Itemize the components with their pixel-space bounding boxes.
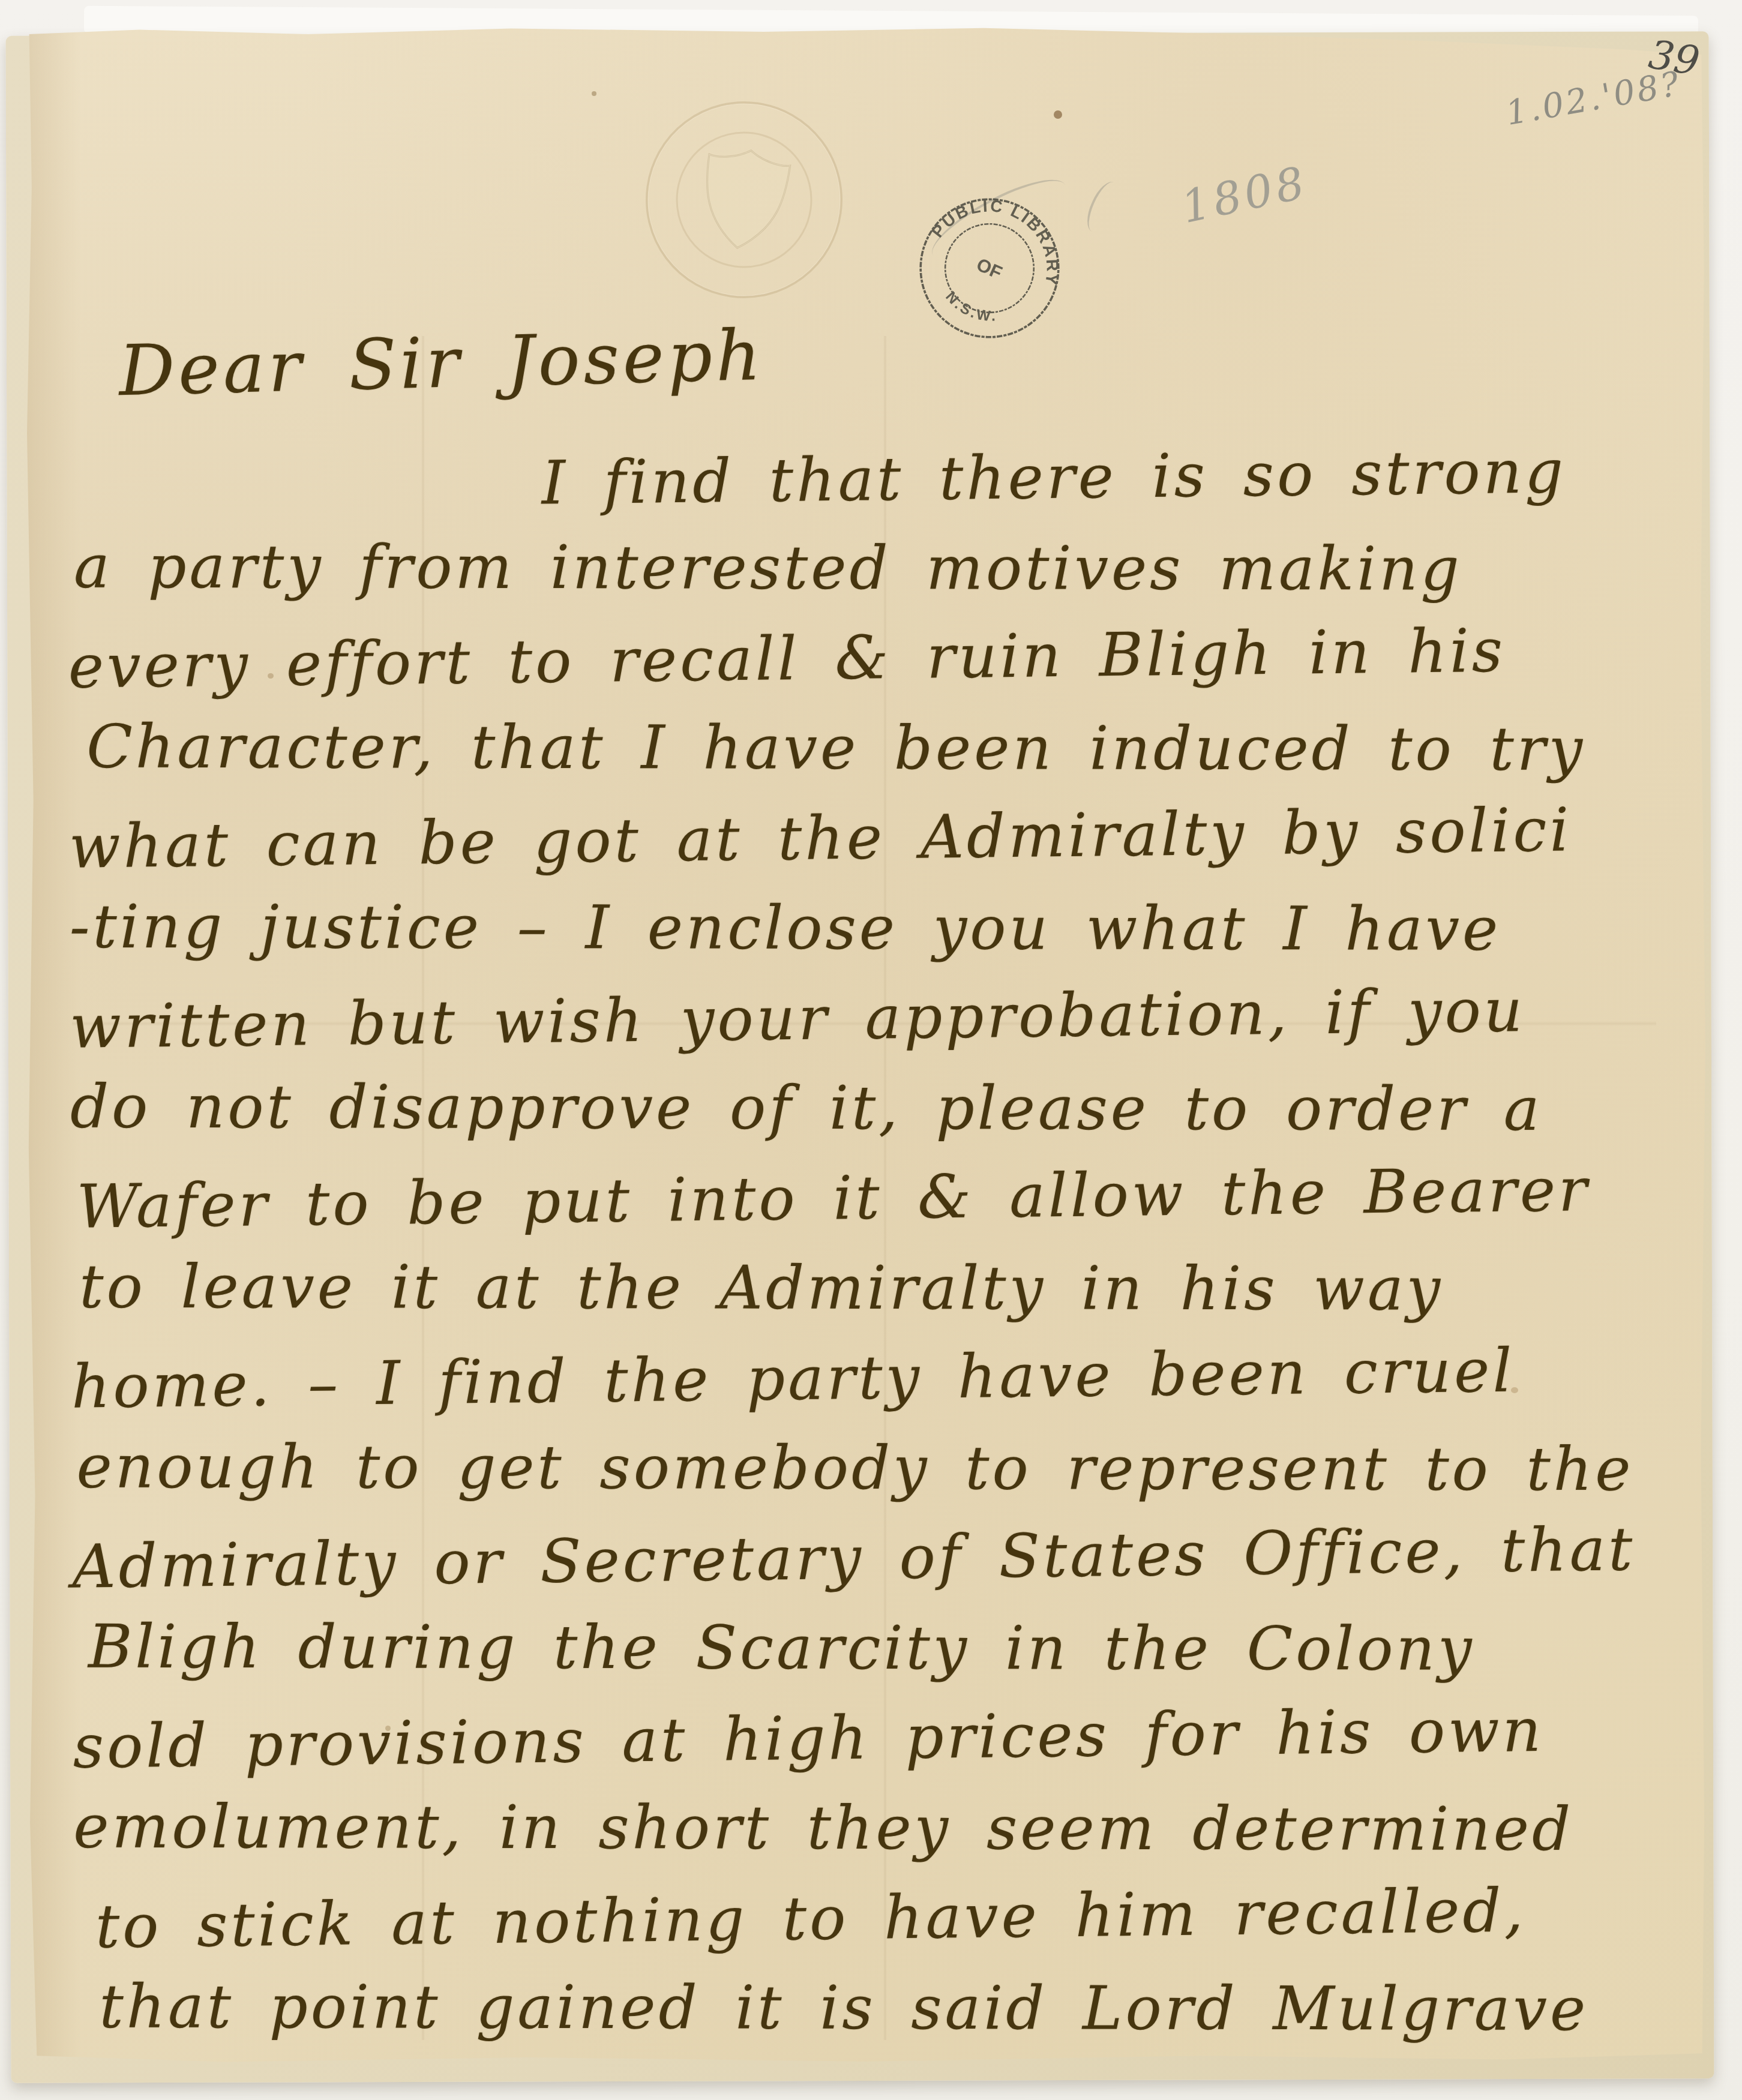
letter-line: Admiralty or Secretary of States Office,… <box>72 1504 1636 1612</box>
letter-line: Wafer to be put into it & allow the Bear… <box>76 1144 1635 1252</box>
stamp-center-text: OF <box>973 254 1005 283</box>
letter-line: what can be got at the Admiralty by soli… <box>68 784 1633 892</box>
letter-salutation: Dear Sir Joseph <box>118 315 765 412</box>
letter-line: that point gained it is said Lord Mulgra… <box>99 1962 1637 2054</box>
letter-line: Bligh during the Scarcity in the Colony <box>88 1602 1636 1695</box>
letter-line: to leave it at the Admiralty in his way <box>79 1242 1634 1335</box>
letter-line: Character, that I have been induced to t… <box>86 702 1632 794</box>
letter-line: sold provisions at high prices for his o… <box>73 1684 1637 1792</box>
embossed-seal <box>630 95 858 305</box>
public-library-stamp: PUBLIC LIBRARY N.S.W. OF <box>916 194 1063 342</box>
stamp-arc-bottom-text: N.S.W. <box>939 286 1004 332</box>
svg-text:N.S.W.: N.S.W. <box>939 286 1004 332</box>
foxing-speck <box>592 91 596 96</box>
foxing-speck <box>1054 110 1062 119</box>
letter-line: I find that there is so strong <box>541 426 1632 529</box>
letter-line: a party from interested motives making <box>74 522 1631 615</box>
letter-line: do not disapprove of it, please to order… <box>70 1062 1633 1155</box>
letter-body: I find that there is so strong a party f… <box>67 430 1638 2056</box>
letter-line: every effort to recall & ruin Bligh in h… <box>68 604 1632 712</box>
scanned-letter-page: PUBLIC LIBRARY N.S.W. OF 39 1.02.'08? 18… <box>0 0 1742 2100</box>
letter-line: enough to get somebody to represent to t… <box>77 1422 1635 1515</box>
letter-line: emolument, in short they seem determined <box>73 1782 1636 1875</box>
letter-line: -ting justice – I enclose you what I hav… <box>70 882 1633 975</box>
letter-line: home. – I find the party have been cruel <box>71 1324 1635 1432</box>
letter-line: to stick at nothing to have him recalled… <box>95 1864 1638 1972</box>
letter-line: written but wish your approbation, if yo… <box>70 964 1634 1072</box>
